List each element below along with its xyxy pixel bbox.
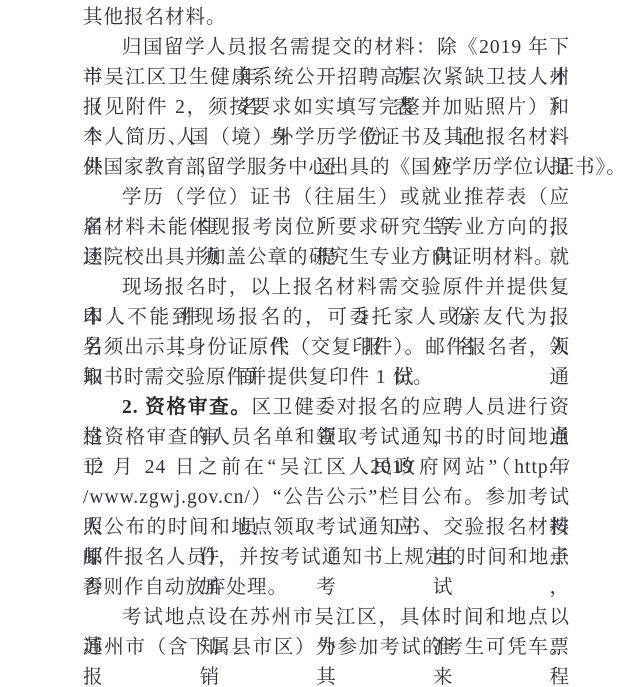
text-line: 过资格审查的人员名单和领取考试通知书的时间地点于 2019 年 <box>83 423 570 453</box>
text-line: 另须出示其身份证原件（交复印件）。邮件报名者，领取面试通 <box>83 333 570 363</box>
text-line: 其他报名材料。 <box>83 3 570 33</box>
text-line: 学历（学位）证书（往届生）或就业推荐表（应届生）等报 <box>83 183 570 213</box>
text-line: （见附件 2，须按要求如实填写完整并加贴照片）和本人身份证、 <box>83 93 570 123</box>
text-line: 苏州市（含下属县市区）外参加考试的考生可凭车票报销其来程 <box>83 633 570 663</box>
text-line: 考试地点设在苏州市吴江区，具体时间和地点以通知为准。 <box>83 603 570 633</box>
text-line: 个人简历、国（境）外学历学位证书及其他报名材料外，还应提 <box>83 123 570 153</box>
document-page: 其他报名材料。归国留学人员报名需提交的材料：除《2019 年下半年苏州市吴江区卫… <box>0 0 639 687</box>
text-line: 现场报名时，以上报名材料需交验原件并提供复印件 1 份， <box>83 273 570 303</box>
text-line: 邮件报名人员），并按考试通知书上规定的时间和地点参加考试， <box>83 543 570 573</box>
bold-section-heading: 2. 资格审查。 <box>122 397 252 418</box>
text-line: 归国留学人员报名需提交的材料：除《2019 年下半年苏州 <box>83 33 570 63</box>
document-text: 其他报名材料。归国留学人员报名需提交的材料：除《2019 年下半年苏州市吴江区卫… <box>83 3 570 663</box>
text-line: 供国家教育部留学服务中心出具的《国外学历学位认证书》。 <box>83 153 570 183</box>
text-line: /www.zgwj.gov.cn/）“公告公示”栏目公布。参加考试人员应按 <box>83 483 570 513</box>
text-line: 照公布的时间和地点领取考试通知书、交验报名材料原件（电子 <box>83 513 570 543</box>
text-line: 2. 资格审查。区卫健委对报名的应聘人员进行资格审查，通 <box>83 393 570 423</box>
text-line: 12 月 24 日之前在“吴江区人民政府网站”（http: / <box>83 453 570 483</box>
text-line: 市吴江区卫生健康系统公开招聘高层次紧缺卫技人才报名表》 <box>83 63 570 93</box>
text-line: 名材料未能体现报考岗位所要求研究生专业方向的，还须提供就 <box>83 213 570 243</box>
text-line: 本人不能到现场报名的，可委托家人或亲友代为报名，代报名人 <box>83 303 570 333</box>
text-line: 读院校出具并加盖公章的研究生专业方向证明材料。 <box>83 243 570 273</box>
